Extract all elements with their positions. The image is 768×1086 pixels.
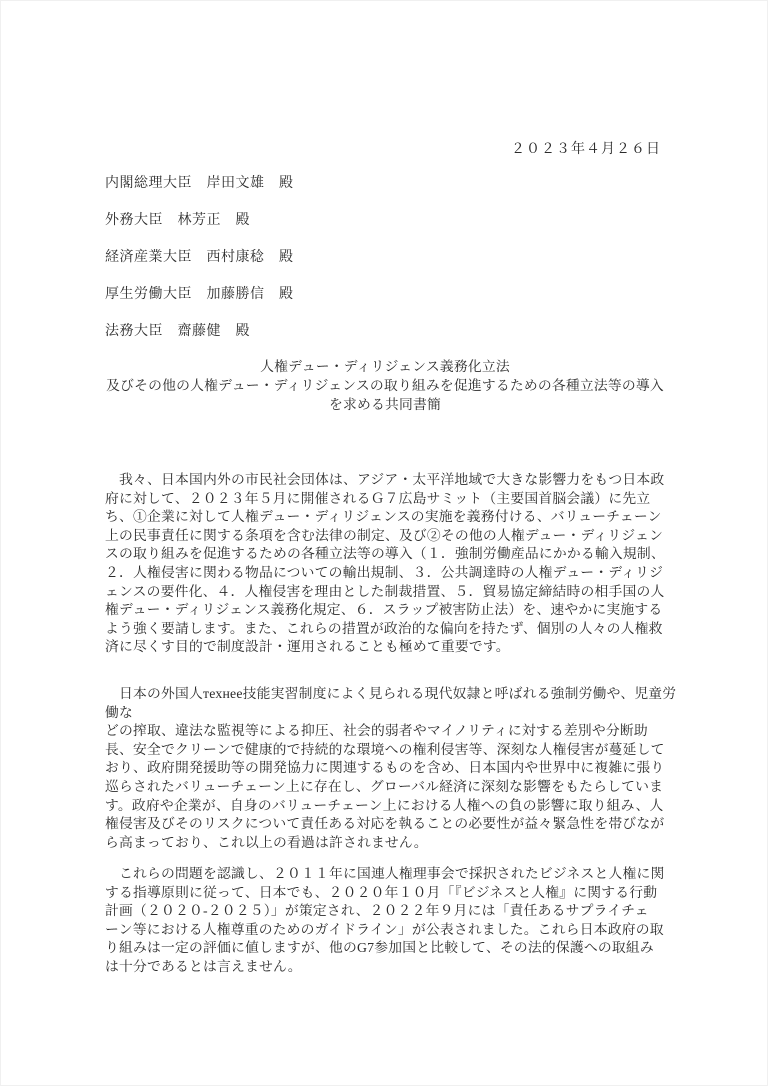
body-paragraph-3: これらの問題を認識し、２０１１年に国連人権理事会で採択されたビジネスと人権に関 … — [105, 865, 680, 977]
letter-date: ２０２３年４月２６日 — [105, 140, 661, 159]
recipient-meti-minister: 経済産業大臣 西村康稔 殿 — [105, 248, 671, 267]
letter-title: 人権デュー・ディリジェンス義務化立法 及びその他の人権デュー・ディリジェンスの取… — [85, 357, 685, 414]
recipient-foreign-minister: 外務大臣 林芳正 殿 — [105, 211, 671, 230]
letter-page: ２０２３年４月２６日 内閣総理大臣 岸田文雄 殿 外務大臣 林芳正 殿 経済産業… — [0, 0, 768, 1086]
body-paragraph-1: 我々、日本国内外の市民社会団体は、アジア・太平洋地域で大きな影響力をもつ日本政 … — [105, 471, 680, 657]
recipient-prime-minister: 内閣総理大臣 岸田文雄 殿 — [105, 174, 671, 193]
recipient-justice-minister: 法務大臣 齋藤健 殿 — [105, 322, 671, 341]
recipient-mhlw-minister: 厚生労働大臣 加藤勝信 殿 — [105, 285, 671, 304]
body-paragraph-2: 日本の外国人технее技能実習制度によく見られる現代奴隷と呼ばれる強制労働や、… — [105, 685, 680, 852]
recipient-list: 内閣総理大臣 岸田文雄 殿 外務大臣 林芳正 殿 経済産業大臣 西村康稔 殿 厚… — [105, 174, 671, 359]
